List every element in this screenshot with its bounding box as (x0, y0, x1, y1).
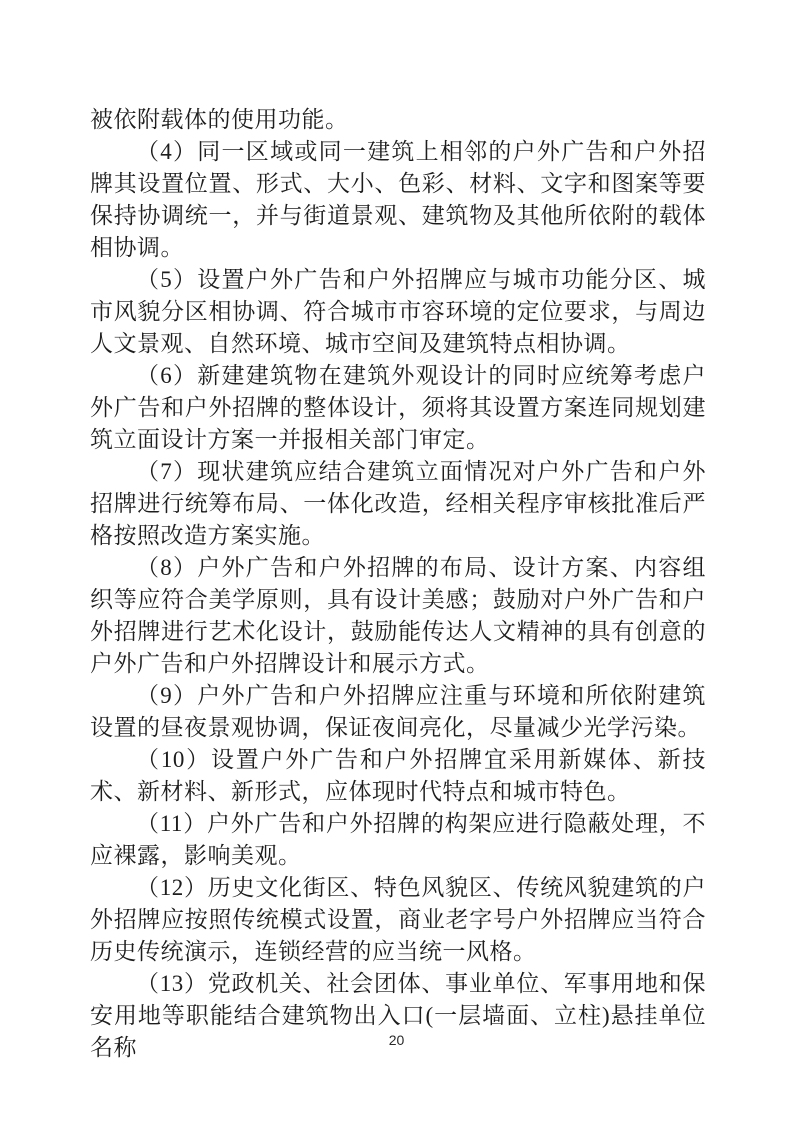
document-body: 被依附载体的使用功能。 （4）同一区域或同一建筑上相邻的户外广告和户外招牌其设置… (90, 104, 706, 1064)
paragraph: 被依附载体的使用功能。 (90, 104, 706, 136)
page-footer: 20 (0, 1032, 793, 1048)
paragraph: （6）新建建筑物在建筑外观设计的同时应统筹考虑户外广告和户外招牌的整体设计，须将… (90, 360, 706, 456)
paragraph: （12）历史文化街区、特色风貌区、传统风貌建筑的户外招牌应按照传统模式设置，商业… (90, 872, 706, 968)
paragraph: （7）现状建筑应结合建筑立面情况对户外广告和户外招牌进行统筹布局、一体化改造，经… (90, 456, 706, 552)
paragraph: （4）同一区域或同一建筑上相邻的户外广告和户外招牌其设置位置、形式、大小、色彩、… (90, 136, 706, 264)
paragraph: （9）户外广告和户外招牌应注重与环境和所依附建筑设置的昼夜景观协调，保证夜间亮化… (90, 680, 706, 744)
paragraph: （10）设置户外广告和户外招牌宜采用新媒体、新技术、新材料、新形式，应体现时代特… (90, 744, 706, 808)
document-page: 被依附载体的使用功能。 （4）同一区域或同一建筑上相邻的户外广告和户外招牌其设置… (0, 0, 793, 1122)
paragraph: （13）党政机关、社会团体、事业单位、军事用地和保安用地等职能结合建筑物出入口(… (90, 968, 706, 1064)
paragraph: （8）户外广告和户外招牌的布局、设计方案、内容组织等应符合美学原则，具有设计美感… (90, 552, 706, 680)
paragraph: （11）户外广告和户外招牌的构架应进行隐蔽处理，不应裸露，影响美观。 (90, 808, 706, 872)
paragraph: （5）设置户外广告和户外招牌应与城市功能分区、城市风貌分区相协调、符合城市市容环… (90, 264, 706, 360)
page-number: 20 (389, 1032, 405, 1048)
